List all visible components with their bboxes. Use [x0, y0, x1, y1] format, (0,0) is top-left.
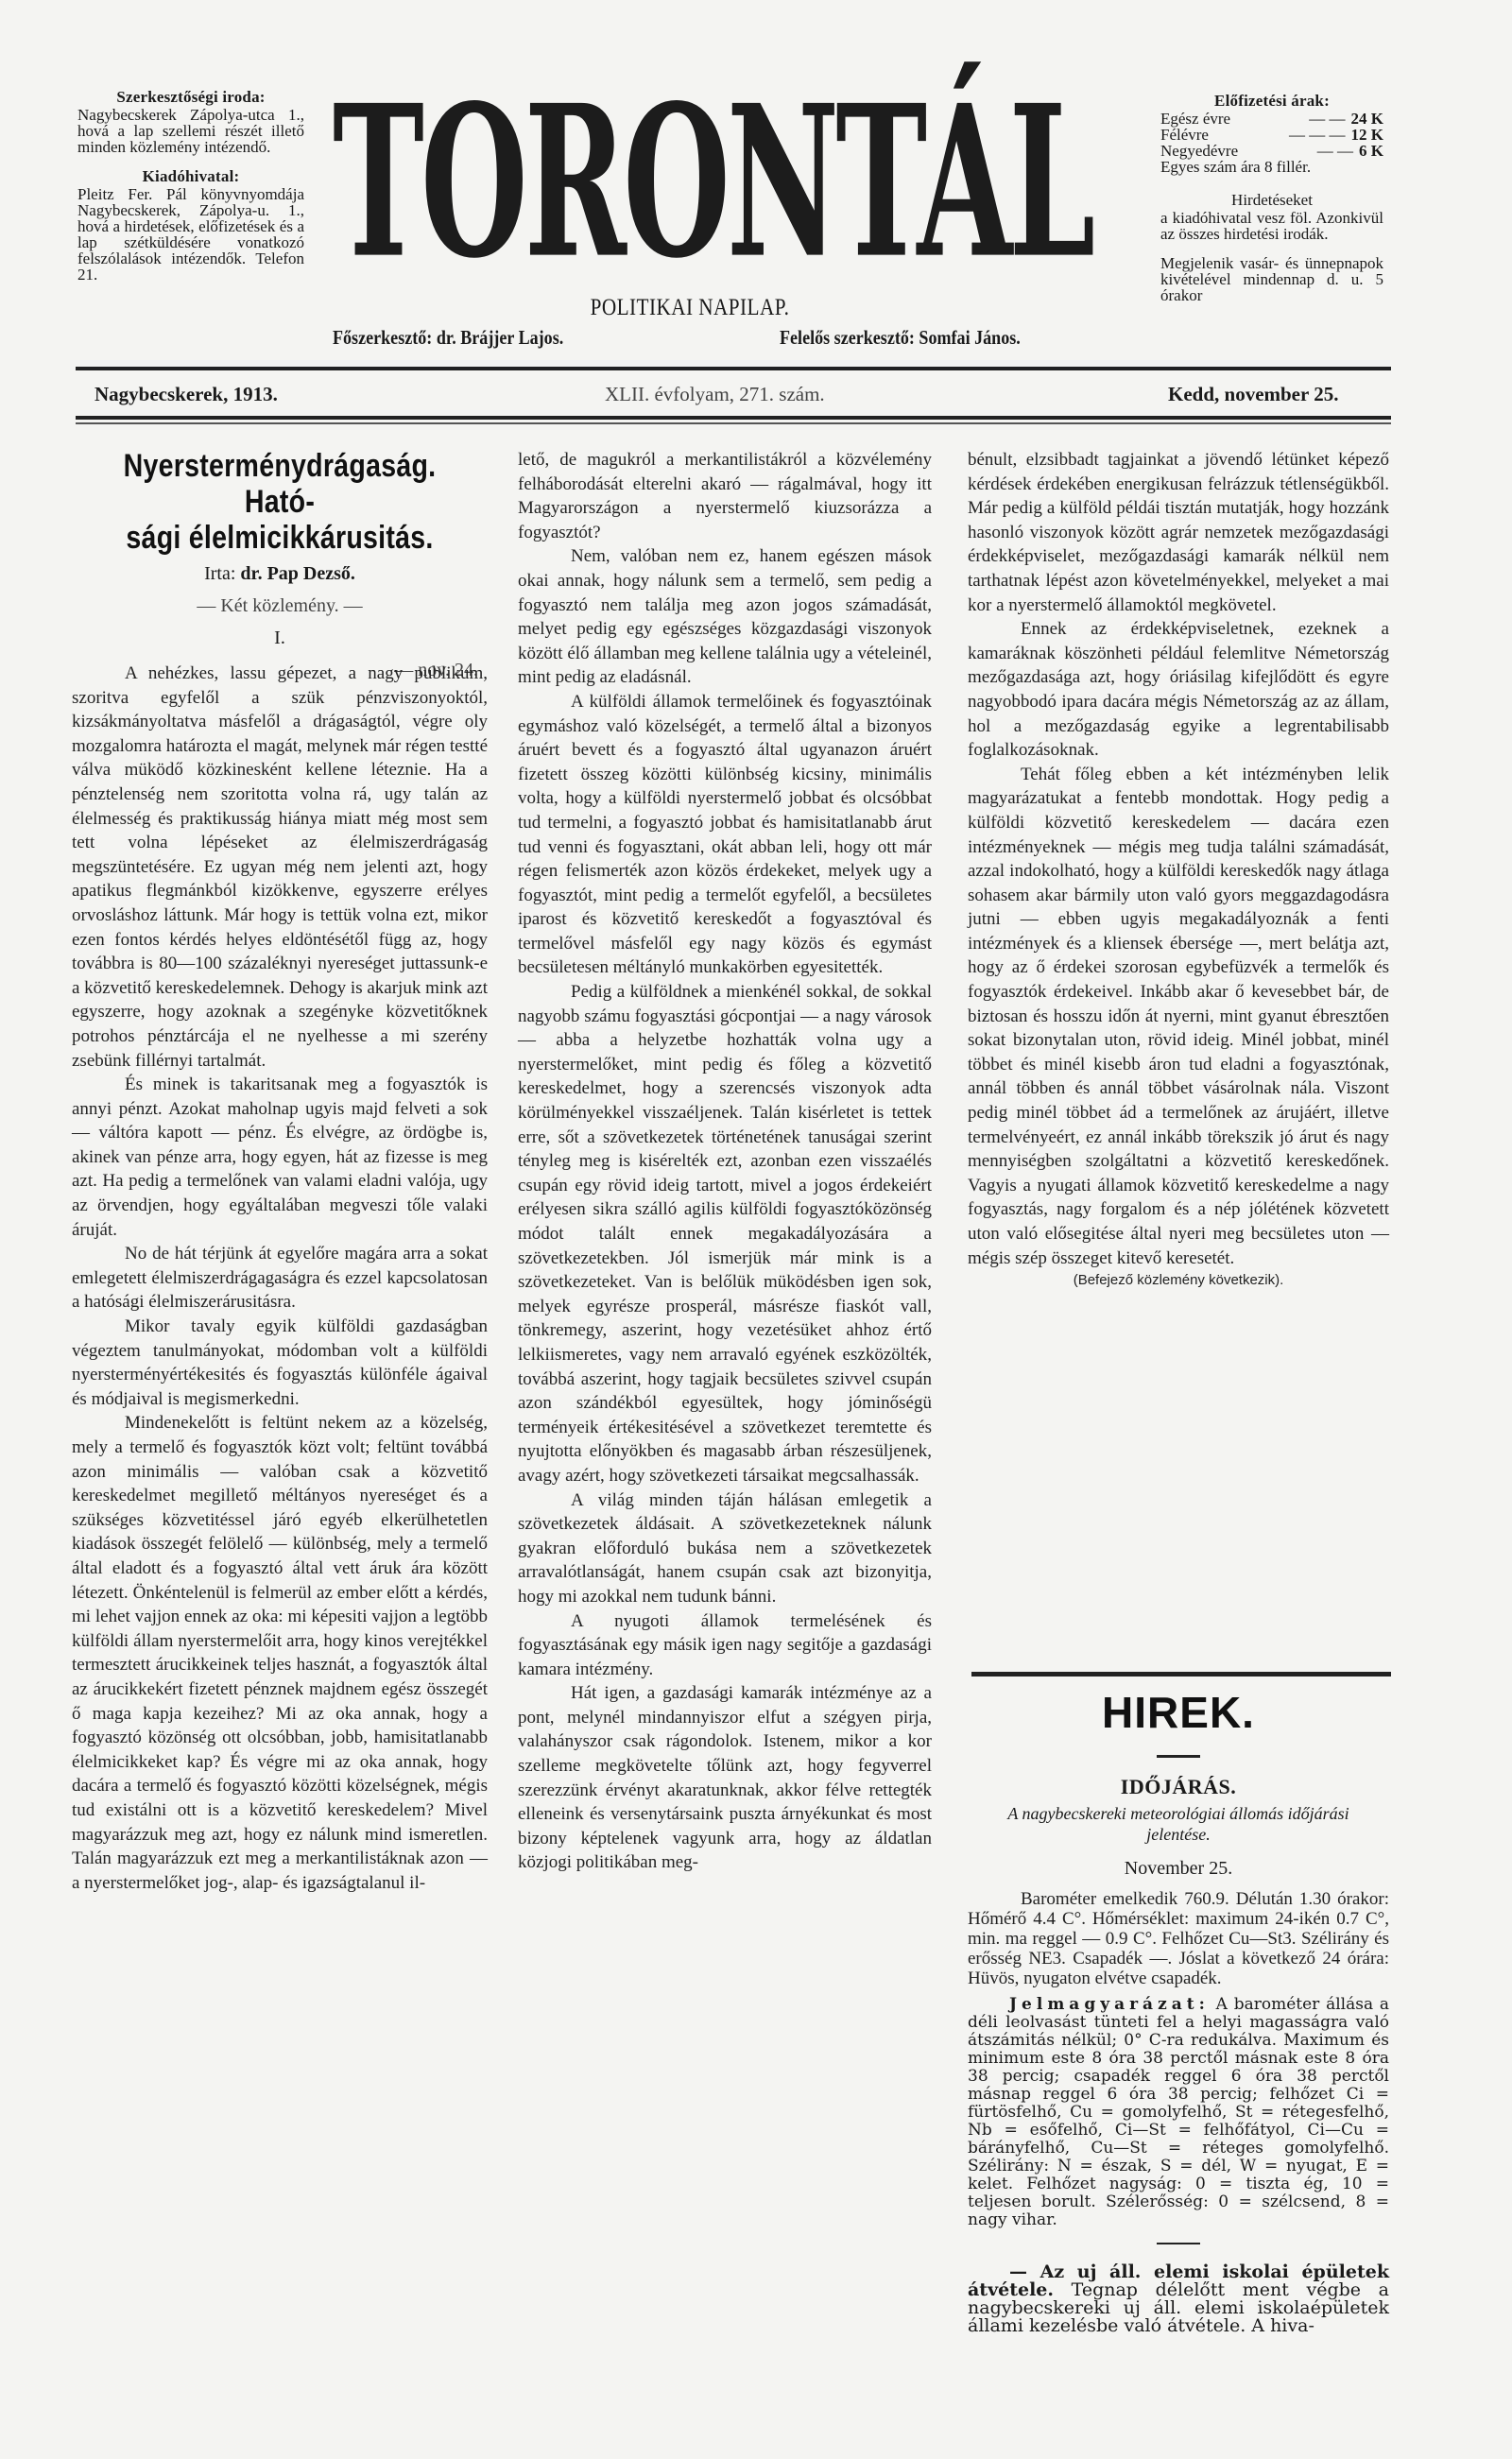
- price-row: Negyedévre — — 6 K: [1160, 143, 1383, 159]
- section-divider: [1157, 1755, 1200, 1758]
- legend-text: A barométer állása a déli leolvasást tün…: [968, 1995, 1389, 2229]
- editorial-office-box: Szerkesztőségi iroda: Nagybecskerek Zápo…: [77, 89, 304, 296]
- volume-issue: XLII. évfolyam, 271. szám.: [605, 383, 825, 406]
- paragraph: Mindenekelőtt is feltünt nekem az a köze…: [72, 1411, 488, 1895]
- weather-report: Barométer emelkedik 760.9. Délután 1.30 …: [968, 1889, 1389, 1988]
- price-row: Egész évre — — 24 K: [1160, 111, 1383, 127]
- price-amount: 24 K: [1351, 111, 1383, 127]
- article-column-1: A nehézkes, lassu gépezet, a nagy publik…: [72, 662, 488, 1895]
- ads-text: a kiadóhivatal vesz föl. Azonkivül az ös…: [1160, 210, 1383, 242]
- paragraph: Mikor tavaly egyik külföldi gazdaságban …: [72, 1315, 488, 1411]
- office-heading: Szerkesztőségi iroda:: [77, 89, 304, 105]
- article-headline: Nyersterménydrágaság. Ható- sági élelmic…: [105, 448, 455, 556]
- paragraph: Jelmagyarázat: A barométer állása a déli…: [968, 1996, 1389, 2229]
- single-issue-price: Egyes szám ára 8 fillér.: [1160, 159, 1383, 175]
- article-part: I.: [72, 622, 488, 654]
- paragraph: No de hát térjünk át egyelőre magára arr…: [72, 1242, 488, 1315]
- place-year: Nagybecskerek, 1913.: [94, 383, 278, 406]
- continued-note: (Befejező közlemény következik).: [968, 1270, 1389, 1291]
- price-amount: 6 K: [1359, 143, 1383, 159]
- price-label: Egész évre: [1160, 111, 1230, 127]
- newspaper-subtitle: POLITIKAI NAPILAP.: [554, 295, 827, 321]
- byline-prefix: Irta:: [204, 563, 240, 584]
- price-amount: 12 K: [1351, 127, 1383, 143]
- weather-intro: A nagybecskereki meteorológiai állomás i…: [968, 1803, 1389, 1845]
- newspaper-title: TORONTÁL: [333, 83, 1092, 282]
- editor-in-chief: Főszerkesztő: dr. Brájjer Lajos.: [333, 326, 563, 350]
- paragraph: Tehát főleg ebben a két intézményben lel…: [968, 763, 1389, 1270]
- paragraph: Nem, valóban nem ez, hanem egészen mások…: [518, 544, 932, 690]
- weather-date: November 25.: [968, 1858, 1389, 1880]
- dateline-rule: [76, 416, 1391, 420]
- weather-legend: Jelmagyarázat: A barométer állása a déli…: [968, 1996, 1389, 2229]
- issue-date: Kedd, november 25.: [1168, 383, 1338, 406]
- paragraph: A külföldi államok termelőinek és fogyas…: [518, 690, 932, 980]
- office-text: Nagybecskerek Zápolya-utca 1., hová a la…: [77, 107, 304, 155]
- news-section: HIREK. IDŐJÁRÁS. A nagybecskereki meteor…: [968, 1687, 1389, 2335]
- publisher-text: Pleitz Fer. Pál könyvnyomdája Nagybecske…: [77, 186, 304, 283]
- weather-heading: IDŐJÁRÁS.: [968, 1775, 1389, 1799]
- dateline-rule-thin: [76, 422, 1391, 424]
- price-row: Félévre — — — 12 K: [1160, 127, 1383, 143]
- publisher-heading: Kiadóhivatal:: [77, 168, 304, 184]
- author-name: dr. Pap Dezső.: [240, 563, 354, 584]
- news-item: — Az uj áll. elemi iskolai épületek átvé…: [968, 2263, 1389, 2335]
- news-section-title: HIREK.: [968, 1687, 1389, 1738]
- price-dashes: — —: [1230, 111, 1350, 127]
- headline-line: sági élelmicikkárusitás.: [105, 520, 455, 556]
- paragraph: Ennek az érdekképviseletnek, ezeknek a k…: [968, 617, 1389, 763]
- paragraph: — Az uj áll. elemi iskolai épületek átvé…: [968, 2263, 1389, 2335]
- responsible-editor: Felelős szerkesztő: Somfai János.: [780, 326, 1021, 350]
- article-byline: Irta: dr. Pap Dezső.: [72, 558, 488, 590]
- headline-line: Nyersterménydrágaság. Ható-: [105, 448, 455, 520]
- paragraph: És minek is takaritsanak meg a fogyasztó…: [72, 1073, 488, 1242]
- article-series: — Két közlemény. —: [72, 590, 488, 622]
- paragraph: Pedig a külföldnek a mienkénél sokkal, d…: [518, 980, 932, 1487]
- price-dashes: — —: [1238, 143, 1359, 159]
- section-divider: [1157, 2243, 1200, 2244]
- ads-heading: Hirdetéseket: [1160, 192, 1383, 208]
- paragraph: Hát igen, a gazdasági kamarák intézménye…: [518, 1681, 932, 1875]
- price-label: Negyedévre: [1160, 143, 1238, 159]
- legend-label: Jelmagyarázat:: [1009, 1995, 1210, 2014]
- prices-heading: Előfizetési árak:: [1160, 93, 1383, 109]
- top-rule: [76, 367, 1391, 370]
- paragraph: bénult, elzsibbadt tagjainkat a jövendő …: [968, 448, 1389, 617]
- subscription-box: Előfizetési árak: Egész évre — — 24 K Fé…: [1160, 93, 1383, 317]
- price-dashes: — — —: [1209, 127, 1351, 143]
- paragraph: lető, de magukról a merkantilistákról a …: [518, 448, 932, 544]
- news-rule: [971, 1672, 1391, 1677]
- price-label: Félévre: [1160, 127, 1209, 143]
- paragraph: Barométer emelkedik 760.9. Délután 1.30 …: [968, 1889, 1389, 1988]
- article-column-2: lető, de magukról a merkantilistákról a …: [518, 448, 932, 1875]
- article-column-3: bénult, elzsibbadt tagjainkat a jövendő …: [968, 448, 1389, 1291]
- paragraph: A világ minden táján hálásan emlegetik a…: [518, 1488, 932, 1609]
- article-header: Nyersterménydrágaság. Ható- sági élelmic…: [72, 448, 488, 686]
- paragraph: A nyugoti államok termelésének és fogyas…: [518, 1609, 932, 1682]
- publication-schedule: Megjelenik vasár- és ünnepnapok kivételé…: [1160, 255, 1383, 303]
- paragraph: A nehézkes, lassu gépezet, a nagy publik…: [72, 662, 488, 1073]
